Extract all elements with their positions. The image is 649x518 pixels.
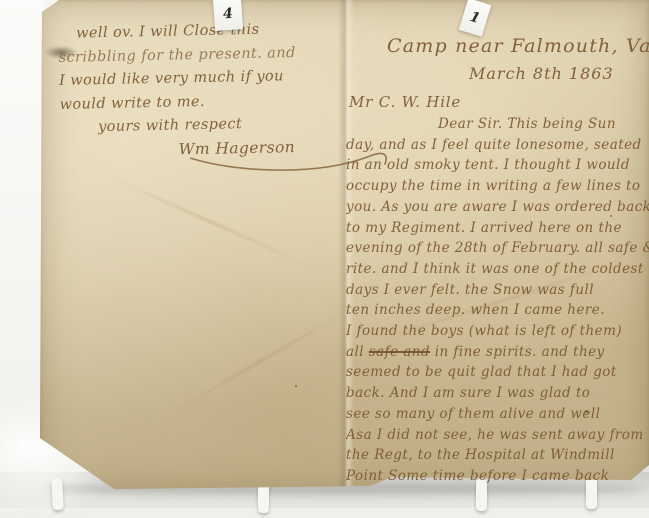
letter-line: evening of the 28th of February. all saf… [346, 238, 649, 259]
struck-text: safe and [369, 344, 430, 360]
letter-line: to my Regiment. I arrived here on the [346, 218, 649, 239]
letter-line: see so many of them alive and well [346, 404, 649, 425]
letter-line: day, and as I feel quite lonesome, seate… [346, 135, 649, 156]
page-number-label: 4 [223, 6, 234, 23]
letter-line: seemed to be quit glad that I had got [346, 362, 649, 383]
letter-line: occupy the time in writing a few lines t… [346, 176, 649, 197]
left-page: well ov. I will Close this scribbling fo… [58, 17, 344, 223]
letter-line: the Regt, to the Hospital at Windmill [346, 445, 649, 466]
document-stand [51, 478, 64, 511]
letter-line: you. As you are aware I was ordered back [346, 197, 649, 218]
letter-line: in an old smoky tent. I thought I would [346, 155, 649, 176]
letter-salutation: Dear Sir. This being Sun [346, 114, 649, 135]
letter-place-line: Camp near Falmouth, Va [387, 36, 649, 57]
letter-line: I found the boys (what is left of them) [346, 321, 649, 342]
page-number-tag-4: 4 [213, 0, 243, 31]
letter-line: rite. and I think it was one of the cold… [346, 259, 649, 280]
letter-line: back. And I am sure I was glad to [346, 383, 649, 404]
letter-line: ten inches deep. when I came here. [346, 300, 649, 321]
line-text: all [346, 344, 369, 360]
letter-recipient-line: Mr C. W. Hile [349, 92, 461, 113]
letter-photo: 4 1 well ov. I will Close this scribblin… [0, 0, 649, 518]
line-text: in fine spirits. and they [430, 344, 605, 360]
letter-line: days I ever felt. the Snow was full [346, 280, 649, 301]
letter-body: Dear Sir. This being Sun day, and as I f… [346, 114, 649, 487]
wrinkle-crease [173, 310, 348, 413]
right-page: Camp near Falmouth, Va March 8th 1863 Mr… [345, 0, 649, 493]
page-number-label: 1 [468, 8, 482, 26]
letter-line: Point Some time before I came back [346, 466, 649, 487]
letter-line: Asa I did not see, he was sent away from [346, 425, 649, 446]
letter-date-line: March 8th 1863 [469, 64, 614, 85]
letter-line-with-strikethrough: all safe and in fine spirits. and they [346, 342, 649, 363]
ink-speck [295, 385, 297, 387]
